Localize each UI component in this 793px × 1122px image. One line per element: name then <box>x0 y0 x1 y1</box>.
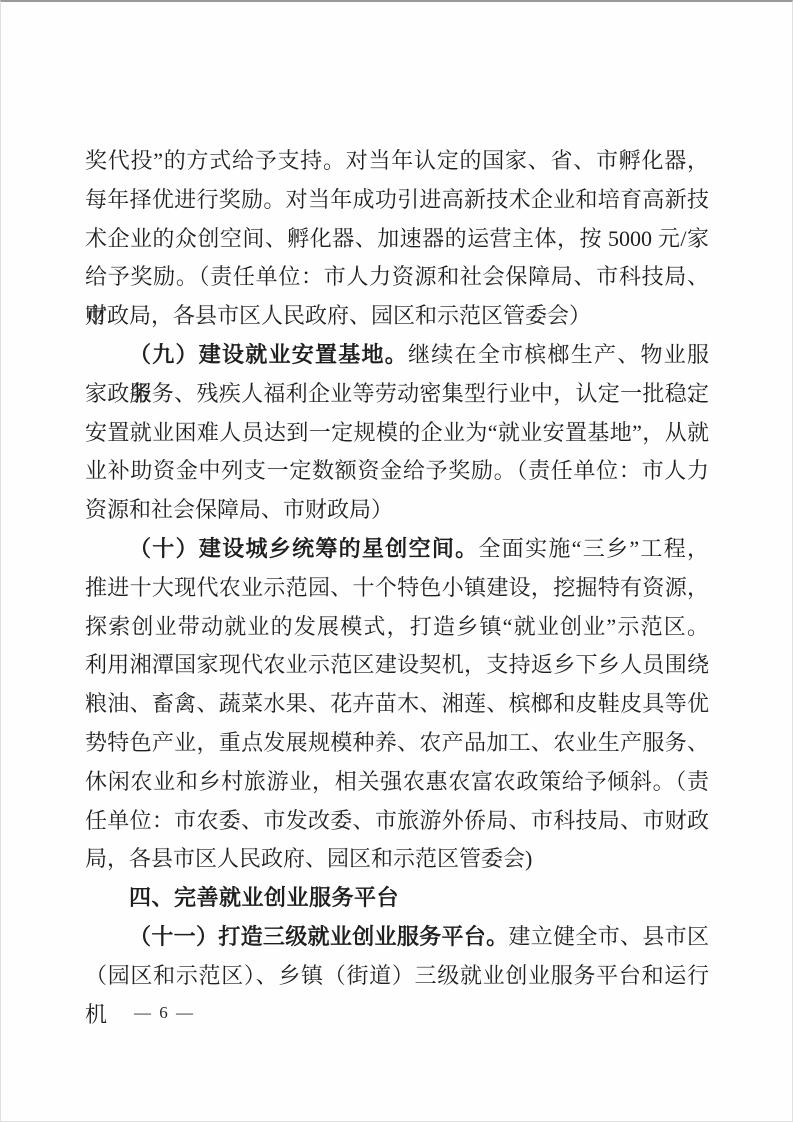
text-segment: 势特色产业，重点发展规模种养、农产品加工、农业生产服务、 <box>85 730 709 755</box>
text-line: 粮油、畜禽、蔬菜水果、花卉苗木、湘莲、槟榔和皮鞋皮具等优 <box>85 685 709 724</box>
text-segment: 休闲农业和乡村旅游业，相关强农惠农富农政策给予倾斜。（责 <box>85 769 709 794</box>
text-segment: 粮油、畜禽、蔬菜水果、花卉苗木、湘莲、槟榔和皮鞋皮具等优 <box>85 691 709 716</box>
text-line: 资源和社会保障局、市财政局） <box>85 491 709 530</box>
text-segment: 家政服务、残疾人福利企业等劳动密集型行业中，认定一批稳定 <box>85 381 709 406</box>
text-line: 任单位：市农委、市发改委、市旅游外侨局、市科技局、市财政 <box>85 802 709 841</box>
text-segment: 探索创业带动就业的发展模式，打造乡镇“就业创业”示范区。 <box>85 614 709 639</box>
text-segment: 资源和社会保障局、市财政局） <box>85 497 393 522</box>
page-number: — 6 — <box>134 1002 195 1024</box>
text-segment: 全面实施“三乡”工程， <box>478 536 709 561</box>
text-line: 术企业的众创空间、孵化器、加速器的运营主体，按 5000 元/家 <box>85 220 709 259</box>
section-heading: 四、完善就业创业服务平台 <box>85 879 709 918</box>
text-line: 财政局，各县市区人民政府、园区和示范区管委会） <box>85 297 709 336</box>
text-line: 休闲农业和乡村旅游业，相关强农惠农富农政策给予倾斜。（责 <box>85 763 709 802</box>
text-segment: 每年择优进行奖励。对当年成功引进高新技术企业和培育高新技 <box>85 187 709 212</box>
text-segment: 建立健全市、县市区 <box>508 924 709 949</box>
text-line: 势特色产业，重点发展规模种养、农产品加工、农业生产服务、 <box>85 724 709 763</box>
text-line: （园区和示范区）、乡镇（街道）三级就业创业服务平台和运行机 <box>85 957 709 996</box>
text-line: 家政服务、残疾人福利企业等劳动密集型行业中，认定一批稳定 <box>85 375 709 414</box>
text-line: （十）建设城乡统筹的星创空间。全面实施“三乡”工程， <box>85 530 709 569</box>
text-line: 推进十大现代农业示范园、十个特色小镇建设，挖掘特有资源， <box>85 569 709 608</box>
bold-text-segment: 四、完善就业创业服务平台 <box>129 885 399 910</box>
text-line: 局，各县市区人民政府、园区和示范区管委会) <box>85 840 709 879</box>
bold-text-segment: （九）建设就业安置基地。 <box>129 342 408 367</box>
text-segment: 任单位：市农委、市发改委、市旅游外侨局、市科技局、市财政 <box>85 808 709 833</box>
text-segment: 业补助资金中列支一定数额资金给予奖励。（责任单位：市人力 <box>85 458 709 483</box>
document-lines: 奖代投”的方式给予支持。对当年认定的国家、省、市孵化器，每年择优进行奖励。对当年… <box>85 142 709 996</box>
document-page: 奖代投”的方式给予支持。对当年认定的国家、省、市孵化器，每年择优进行奖励。对当年… <box>0 0 793 1122</box>
text-segment: 术企业的众创空间、孵化器、加速器的运营主体，按 5000 元/家 <box>85 226 709 251</box>
text-line: 给予奖励。（责任单位：市人力资源和社会保障局、市科技局、市 <box>85 258 709 297</box>
text-segment: 利用湘潭国家现代农业示范区建设契机，支持返乡下乡人员围绕 <box>85 652 709 677</box>
text-line: 探索创业带动就业的发展模式，打造乡镇“就业创业”示范区。 <box>85 608 709 647</box>
bold-text-segment: （十一）打造三级就业创业服务平台。 <box>129 924 508 949</box>
text-segment: 安置就业困难人员达到一定规模的企业为“就业安置基地”，从就 <box>85 420 709 445</box>
text-segment: 奖代投”的方式给予支持。对当年认定的国家、省、市孵化器， <box>85 148 709 173</box>
text-segment: 局，各县市区人民政府、园区和示范区管委会) <box>85 846 532 871</box>
text-line: 安置就业困难人员达到一定规模的企业为“就业安置基地”，从就 <box>85 414 709 453</box>
text-segment: 财政局，各县市区人民政府、园区和示范区管委会） <box>85 303 591 328</box>
bold-text-segment: （十）建设城乡统筹的星创空间。 <box>129 536 478 561</box>
text-line: （十一）打造三级就业创业服务平台。建立健全市、县市区 <box>85 918 709 957</box>
text-line: 业补助资金中列支一定数额资金给予奖励。（责任单位：市人力 <box>85 452 709 491</box>
text-line: 奖代投”的方式给予支持。对当年认定的国家、省、市孵化器， <box>85 142 709 181</box>
text-line: 每年择优进行奖励。对当年成功引进高新技术企业和培育高新技 <box>85 181 709 220</box>
text-line: 利用湘潭国家现代农业示范区建设契机，支持返乡下乡人员围绕 <box>85 646 709 685</box>
text-segment: 推进十大现代农业示范园、十个特色小镇建设，挖掘特有资源， <box>85 575 709 600</box>
text-line: （九）建设就业安置基地。继续在全市槟榔生产、物业服务、 <box>85 336 709 375</box>
